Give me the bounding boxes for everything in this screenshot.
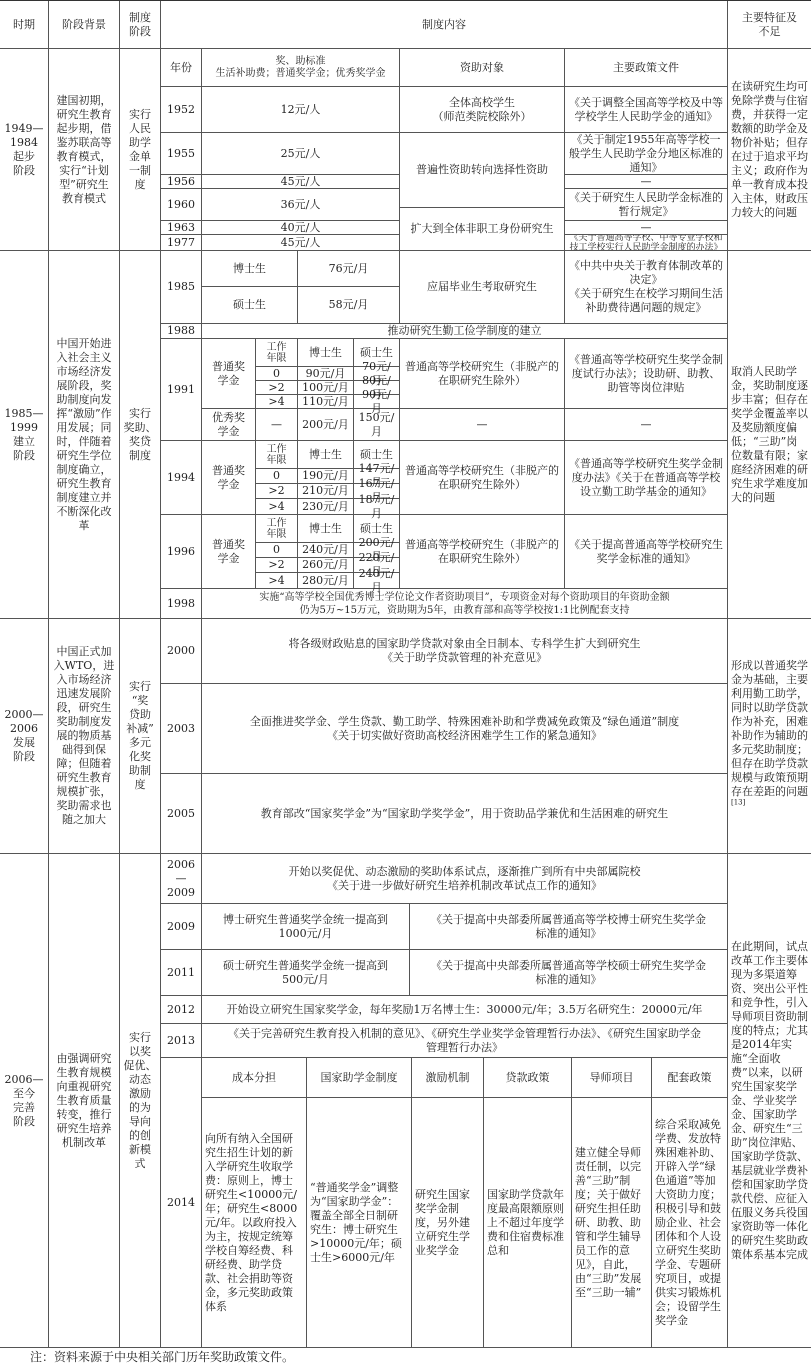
stage1-background: 建国初期， 研究生教育 起步期，借 鉴苏联高等 教育模式， 实行“计划 型”研究… bbox=[49, 49, 120, 251]
cell-1994-r0-years: 0 bbox=[256, 469, 298, 484]
grid-header-years-1994: 工作 年限 bbox=[256, 441, 298, 469]
doc-1996: 《关于提高普通高等学校研究生奖学金标准的通知》 bbox=[565, 515, 728, 589]
year-2014: 2014 bbox=[161, 1058, 202, 1348]
year-1977: 1977 bbox=[161, 235, 202, 251]
stage3-period: 2000— 2006 发展 阶段 bbox=[0, 619, 49, 854]
year-1988: 1988 bbox=[161, 324, 202, 339]
cell-2014-supporting: 综合采取减免学费、发放特殊困难补助、开辟入学“绿色通道”等加大资助力度；积极引导… bbox=[652, 1098, 728, 1348]
year-2009: 2009 bbox=[161, 904, 202, 950]
target-1994: 普通高等学校研究生（非脱产的在职研究生除外） bbox=[400, 441, 565, 515]
header-2014-mentor: 导师项目 bbox=[572, 1058, 652, 1098]
stage1-subheader-standard: 奖、助标准 生活补助费；普通奖学金；优秀奖学金 bbox=[202, 49, 400, 87]
stage2-features: 取消人民助学金，奖助制度逐步丰富；但存在奖学金覆盖率以及奖励额度偏低；“三助”岗… bbox=[728, 251, 811, 619]
cell-1996-r0-phd: 240元/月 bbox=[298, 543, 354, 558]
type-1991-excellent: 优秀奖 学金 bbox=[202, 409, 256, 441]
header-system-stage: 制度 阶段 bbox=[120, 1, 161, 49]
year-2011: 2011 bbox=[161, 950, 202, 996]
header-2014-grant: 国家助学金制度 bbox=[307, 1058, 412, 1098]
header-2014-loan: 贷款政策 bbox=[484, 1058, 572, 1098]
year-2013: 2013 bbox=[161, 1024, 202, 1058]
doc-2011: 《关于提高中央部委所属普通高等学校硕士研究生奖学金 标准的通知》 bbox=[410, 950, 728, 996]
cell-1991-r1-phd: 100元/月 bbox=[298, 381, 354, 395]
text-2013: 《关于完善研究生教育投入机制的意见》、《研究生学业奖学金管理暂行办法》、《研究生… bbox=[202, 1024, 728, 1058]
cell-1994-r2-phd: 230元/月 bbox=[298, 499, 354, 515]
type-1994: 普通奖 学金 bbox=[202, 441, 256, 515]
year-1956: 1956 bbox=[161, 175, 202, 189]
text-2012: 开始设立研究生国家奖学金，每年奖励1万名博士生：30000元/年；3.5万名研究… bbox=[202, 996, 728, 1024]
target-1996: 普通高等学校研究生（非脱产的在职研究生除外） bbox=[400, 515, 565, 589]
cell-1991-r2-master: 90元/月 bbox=[354, 395, 400, 409]
cell-1996-r2-phd: 280元/月 bbox=[298, 573, 354, 589]
doc-1963: — bbox=[565, 221, 728, 235]
cell-2014-cost-sharing: 向所有纳入全国研究生招生计划的新入学研究生收取学费：原则上，博士研究生<1000… bbox=[202, 1098, 307, 1348]
grid-header-phd-1996: 博士生 bbox=[298, 515, 354, 543]
cell-1991-r0-years: 0 bbox=[256, 367, 298, 381]
doc-2009: 《关于提高中央部委所属普通高等学校博士研究生奖学金 标准的通知》 bbox=[410, 904, 728, 950]
target-1991: 普通高等学校研究生（非脱产的在职研究生除外） bbox=[400, 339, 565, 409]
amount-1960: 36元/人 bbox=[202, 189, 400, 221]
stage1-period: 1949— 1984 起步 阶段 bbox=[0, 49, 49, 251]
header-features: 主要特征及 不足 bbox=[728, 1, 811, 49]
text-1998: 实施“高等学校全国优秀博士学位论文作者资助项目”，专项资金对每个资助项目的年资助… bbox=[202, 589, 728, 619]
header-2014-incentive: 激励机制 bbox=[412, 1058, 484, 1098]
amount-1985-master: 58元/月 bbox=[298, 287, 400, 324]
policy-table: 时期 阶段背景 制度 阶段 制度内容 主要特征及 不足 1949— 1984 起… bbox=[0, 0, 811, 1348]
amount-1963: 40元/人 bbox=[202, 221, 400, 235]
doc-1991-excellent: — bbox=[565, 409, 728, 441]
doc-1991: 《普通高等学校研究生奖学金制度试行办法》；设助研、助教、助管等岗位津贴 bbox=[565, 339, 728, 409]
amount-1985-phd: 76元/月 bbox=[298, 251, 400, 287]
stage4-background: 由强调研究生教育规模向重视研究生教育质量转变，推行研究生培养机制改革 bbox=[49, 854, 120, 1348]
cell-1991-r1-years: >2 bbox=[256, 381, 298, 395]
stage2-period: 1985— 1999 建立 阶段 bbox=[0, 251, 49, 619]
stage1-features: 在读研究生均可免除学费与住宿费，并获得一定数额的助学金及物价补贴；但存在过于追求… bbox=[728, 49, 811, 251]
text-2003: 全面推进奖学金、学生贷款、勤工助学、特殊困难补助和学费减免政策及“绿色通道”制度… bbox=[202, 684, 728, 774]
text-2006-2009: 开始以奖促优、动态激励的奖助体系试点，逐渐推广到所有中央部属院校 《关于进一步做… bbox=[202, 854, 728, 904]
doc-1956: — bbox=[565, 175, 728, 189]
year-1991: 1991 bbox=[161, 339, 202, 441]
spacer bbox=[161, 208, 167, 210]
year-2006-2009: 2006 — 2009 bbox=[161, 854, 202, 904]
year-1960: 1960 bbox=[161, 189, 202, 221]
stage2-system: 实行 奖助、 奖贷 制度 bbox=[120, 251, 161, 619]
cell-1994-r2-years: >4 bbox=[256, 499, 298, 515]
year-2012: 2012 bbox=[161, 996, 202, 1024]
year-1963: 1963 bbox=[161, 221, 202, 235]
cell-1991-excellent-master: 150元/月 bbox=[354, 409, 400, 441]
amount-1955: 25元/人 bbox=[202, 133, 400, 175]
cell-1991-r2-years: >4 bbox=[256, 395, 298, 409]
doc-1960: 《关于研究生人民助学金标准的暂行规定》 bbox=[565, 189, 728, 221]
grid-header-years-1996: 工作 年限 bbox=[256, 515, 298, 543]
cell-1991-excellent-phd: 200元/月 bbox=[298, 409, 354, 441]
text-2000: 将各级财政贴息的国家助学贷款对象由全日制本、专科学生扩大到研究生 《关于助学贷款… bbox=[202, 619, 728, 684]
stage2-background: 中国开始进入社会主义市场经济发展阶段，奖助制度向发挥“激励”作用发展；同时，伴随… bbox=[49, 251, 120, 619]
text-2009: 博士研究生普通奖学金统一提高到 1000元/月 bbox=[202, 904, 410, 950]
cell-1991-excellent-years: — bbox=[256, 409, 298, 441]
year-2000: 2000 bbox=[161, 619, 202, 684]
text-2005: 教育部改“国家奖学金”为“国家助学奖学金”，用于资助品学兼优和生活困难的研究生 bbox=[202, 774, 728, 854]
year-1998: 1998 bbox=[161, 589, 202, 619]
year-1952: 1952 bbox=[161, 87, 202, 133]
label-1985-phd: 博士生 bbox=[202, 251, 298, 287]
year-1985: 1985 bbox=[161, 251, 202, 324]
stage1-subheader-target: 资助对象 bbox=[400, 49, 565, 87]
stage1-system: 实行 人民 助学 金单 一制 度 bbox=[120, 49, 161, 251]
cell-2014-mentor: 建立健全导师责任制，以完善“三助”制度；关于做好研究生担任助研、助教、助管和学生… bbox=[572, 1098, 652, 1348]
amount-1977: 45元/人 bbox=[202, 235, 400, 251]
year-2005: 2005 bbox=[161, 774, 202, 854]
target-1977: 扩大到全体非职工身份研究生 bbox=[400, 208, 565, 251]
cell-2014-incentive: 研究生国家奖学金制度，另外建立研究生学业奖学金 bbox=[412, 1098, 484, 1348]
stage3-features: 形成以普通奖学金为基础，主要利用勤工助学，同时以助学贷款作为补充，困难补助作为辅… bbox=[728, 619, 811, 854]
year-2003: 2003 bbox=[161, 684, 202, 774]
cell-1996-r2-master: 240元/月 bbox=[354, 573, 400, 589]
year-1994: 1994 bbox=[161, 441, 202, 515]
grid-header-phd-1994: 博士生 bbox=[298, 441, 354, 469]
cell-1996-r2-years: >4 bbox=[256, 573, 298, 589]
text-1988: 推动研究生勤工俭学制度的建立 bbox=[202, 324, 728, 339]
cell-1991-r0-phd: 90元/月 bbox=[298, 367, 354, 381]
cell-1996-r0-years: 0 bbox=[256, 543, 298, 558]
stage4-features: 在此期间，试点改革工作主要体现为多渠道筹资、突出公平性和竞争性，引入导师项目资助… bbox=[728, 854, 811, 1348]
grid-header-phd: 博士生 bbox=[298, 339, 354, 367]
header-background: 阶段背景 bbox=[49, 1, 120, 49]
stage4-system: 实行 以奖 促优、 动态 激励 的为 导向 的创 新模 式 bbox=[120, 854, 161, 1348]
header-2014-supporting: 配套政策 bbox=[652, 1058, 728, 1098]
target-1985: 应届毕业生考取研究生 bbox=[400, 251, 565, 324]
stage4-period: 2006— 至今 完善 阶段 bbox=[0, 854, 49, 1348]
doc-1955: 《关于制定1955年高等学校一般学生人民助学金分地区标准的通知》 bbox=[565, 133, 728, 175]
cell-1991-r2-phd: 110元/月 bbox=[298, 395, 354, 409]
cell-1996-r1-years: >2 bbox=[256, 558, 298, 573]
doc-1985: 《中共中央关于教育体制改革的决定》 《关于研究生在校学习期间生活补助费待遇问题的… bbox=[565, 251, 728, 324]
target-1991-excellent: — bbox=[400, 409, 565, 441]
cell-1996-r1-phd: 260元/月 bbox=[298, 558, 354, 573]
cell-1994-r1-years: >2 bbox=[256, 484, 298, 499]
year-1996: 1996 bbox=[161, 515, 202, 589]
amount-1952: 12元/人 bbox=[202, 87, 400, 133]
doc-1994: 《普通高等学校研究生奖学金制度办法》《关于在普通高等学校设立勤工助学基金的通知》 bbox=[565, 441, 728, 515]
header-period: 时期 bbox=[0, 1, 49, 49]
target-1952: 全体高校学生 （师范类院校除外） bbox=[400, 87, 565, 133]
header-content: 制度内容 bbox=[161, 1, 728, 49]
year-1955: 1955 bbox=[161, 133, 202, 175]
cell-2014-grant: “普通奖学金”调整为“国家助学金”：覆盖全部全日制研究生：博士研究生>10000… bbox=[307, 1098, 412, 1348]
stage1-subheader-docs: 主要政策文件 bbox=[565, 49, 728, 87]
stage3-background: 中国正式加入WTO，进入市场经济迅速发展阶段，研究生奖助制度发展的物质基础得到保… bbox=[49, 619, 120, 854]
grid-header-years: 工作 年限 bbox=[256, 339, 298, 367]
citation-ref: [13] bbox=[731, 798, 745, 806]
cell-1994-r0-phd: 190元/月 bbox=[298, 469, 354, 484]
target-1955-1963: 普遍性资助转向选择性资助 bbox=[400, 133, 565, 208]
cell-1994-r1-phd: 210元/月 bbox=[298, 484, 354, 499]
header-2014-cost-sharing: 成本分担 bbox=[202, 1058, 307, 1098]
footnote: 注：资料来源于中央相关部门历年奖助政策文件。 bbox=[30, 1350, 294, 1364]
text-2011: 硕士研究生普通奖学金统一提高到 500元/月 bbox=[202, 950, 410, 996]
stage1-subheader-year: 年份 bbox=[161, 49, 202, 87]
cell-2014-loan: 国家助学贷款年度最高限额原则上不超过年度学费和住宿费标准总和 bbox=[484, 1098, 572, 1348]
stage3-system: 实行 “奖 贷助 补减” 多元 化奖 助制 度 bbox=[120, 619, 161, 854]
stage3-features-text: 形成以普通奖学金为基础，主要利用勤工助学，同时以助学贷款作为补充，困难补助作为辅… bbox=[731, 659, 808, 798]
type-1996: 普通奖 学金 bbox=[202, 515, 256, 589]
label-1985-master: 硕士生 bbox=[202, 287, 298, 324]
type-1991: 普通奖 学金 bbox=[202, 339, 256, 409]
cell-1994-r2-master: 187元/月 bbox=[354, 499, 400, 515]
doc-1952: 《关于调整全国高等学校及中等学校学生人民助学金的通知》 bbox=[565, 87, 728, 133]
amount-1956: 45元/人 bbox=[202, 175, 400, 189]
doc-1977: 《关于普通高等学校、中等专业学校和技工学校实行人民助学金制度的办法》 bbox=[565, 235, 728, 251]
